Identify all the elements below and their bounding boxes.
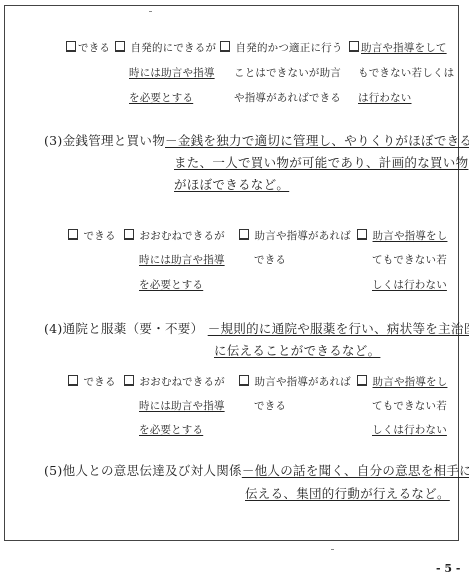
- option-label: 助言や指導があれば: [255, 230, 351, 242]
- option-label-cont: を必要とする: [139, 424, 203, 437]
- option-label: できる: [84, 230, 116, 242]
- option-can-with-guidance[interactable]: 助言や指導があれば: [239, 229, 351, 243]
- option-label-cont: や指導があればできる: [234, 92, 341, 105]
- option-label-cont: ことはできないが助言: [234, 67, 341, 80]
- checkbox-icon[interactable]: [68, 229, 78, 240]
- option-cannot[interactable]: 助言や指導をして: [349, 41, 447, 55]
- section4-heading: (4)通院と服薬（要・不要） －規則的に通院や服薬を行い、病状等を主治医: [44, 321, 469, 336]
- section5-heading: (5)他人との意思伝達及び対人関係－他人の話を聞く、自分の意思を相手に: [44, 463, 469, 478]
- option-label-cont: しくは行わない: [372, 424, 447, 437]
- option-label-cont: てもできない若: [372, 400, 447, 413]
- section-description: －規則的に通院や服薬を行い、病状等を主治医: [208, 321, 469, 336]
- option-label: 助言や指導をして: [361, 42, 447, 54]
- section-title: 通院と服薬（要・不要）: [63, 321, 204, 336]
- option-can-do[interactable]: できる: [68, 375, 116, 389]
- option-label: 助言や指導があれば: [255, 376, 351, 388]
- option-label-cont: てもできない若: [372, 254, 447, 267]
- option-mostly-can[interactable]: おおむねできるが: [124, 375, 225, 389]
- option-label: できる: [78, 42, 110, 54]
- option-label: おおむねできるが: [140, 376, 225, 388]
- option-label-cont: もできない若しくは: [358, 67, 454, 80]
- option-can-with-guidance[interactable]: 助言や指導があれば: [239, 375, 351, 389]
- section-title: 金銭管理と買い物: [63, 133, 165, 148]
- option-label: できる: [84, 376, 116, 388]
- checkbox-icon[interactable]: [124, 229, 134, 240]
- section-description-cont: 伝える、集団的行動が行えるなど。: [245, 486, 450, 501]
- option-label: 自発的かつ適正に行う: [236, 42, 343, 54]
- section-title: 他人との意思伝達及び対人関係: [63, 463, 242, 478]
- option-label-cont: できる: [254, 254, 286, 267]
- checkbox-icon[interactable]: [239, 375, 249, 386]
- checkbox-icon[interactable]: [357, 375, 367, 386]
- option-can-do[interactable]: できる: [68, 229, 116, 243]
- checkbox-icon[interactable]: [349, 41, 359, 52]
- scan-speck: [149, 11, 152, 12]
- section-description-cont: がほぼできるなど。: [174, 177, 289, 192]
- option-label: おおむねできるが: [140, 230, 225, 242]
- checkbox-icon[interactable]: [124, 375, 134, 386]
- section-description: －他人の話を聞く、自分の意思を相手に: [242, 463, 469, 478]
- option-label: 自発的にできるが: [131, 42, 217, 54]
- section3-heading: (3)金銭管理と買い物－金銭を独力で適切に管理し、やりくりがほぼできる。: [44, 133, 469, 148]
- option-label-cont: できる: [254, 400, 286, 413]
- option-cannot[interactable]: 助言や指導をし: [357, 375, 447, 389]
- section-number: (5): [44, 463, 63, 478]
- option-label-cont: を必要とする: [139, 279, 203, 292]
- checkbox-icon[interactable]: [66, 41, 76, 52]
- option-can-do[interactable]: できる: [66, 41, 110, 55]
- section-description: －金銭を独力で適切に管理し、やりくりがほぼできる。: [165, 133, 469, 148]
- option-label-cont: 時には助言や指導: [129, 67, 215, 80]
- option-label: 助言や指導をし: [373, 230, 448, 242]
- option-label-cont: 時には助言や指導: [139, 400, 225, 413]
- section-number: (4): [44, 321, 63, 336]
- option-mostly-can[interactable]: おおむねできるが: [124, 229, 225, 243]
- option-label-cont: 時には助言や指導: [139, 254, 225, 267]
- section-description-cont: また、一人で買い物が可能であり、計画的な買い物: [174, 155, 468, 170]
- option-label: 助言や指導をし: [373, 376, 448, 388]
- option-label-cont: は行わない: [358, 92, 412, 105]
- option-label-cont: を必要とする: [129, 92, 193, 105]
- checkbox-icon[interactable]: [68, 375, 78, 386]
- section-number: (3): [44, 133, 63, 148]
- section-description-cont: に伝えることができるなど。: [214, 343, 380, 358]
- scan-speck: [331, 549, 334, 550]
- option-can-with-guidance[interactable]: 自発的かつ適正に行う: [220, 41, 343, 55]
- checkbox-icon[interactable]: [220, 41, 230, 52]
- form-border: [4, 5, 459, 541]
- option-label-cont: しくは行わない: [372, 279, 447, 292]
- checkbox-icon[interactable]: [115, 41, 125, 52]
- checkbox-icon[interactable]: [239, 229, 249, 240]
- option-voluntary-with-help[interactable]: 自発的にできるが: [115, 41, 216, 55]
- checkbox-icon[interactable]: [357, 229, 367, 240]
- option-cannot[interactable]: 助言や指導をし: [357, 229, 447, 243]
- page-number: - 5 -: [436, 562, 460, 575]
